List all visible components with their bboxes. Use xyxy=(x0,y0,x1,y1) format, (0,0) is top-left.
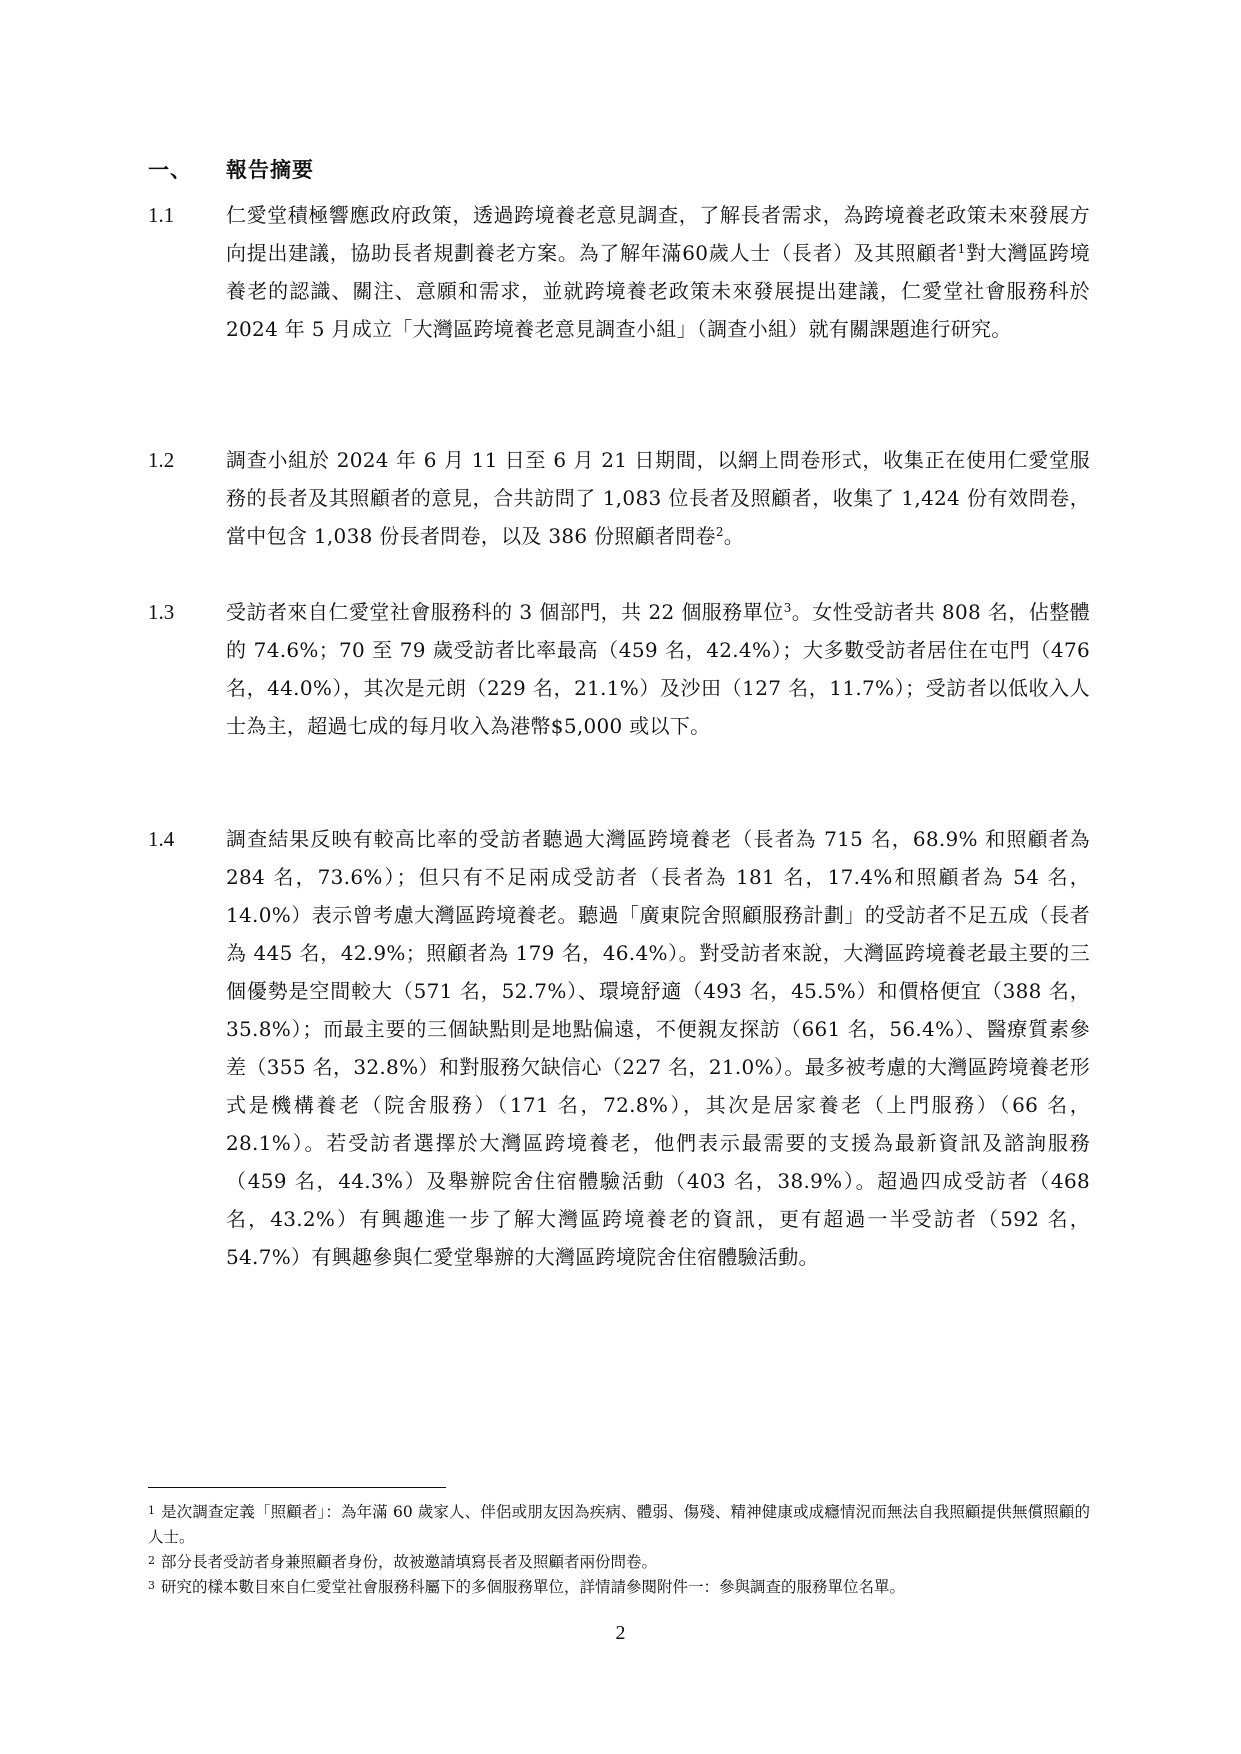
footnote-number: 3 xyxy=(148,1579,155,1592)
paragraph-label: 1.4 xyxy=(148,820,174,858)
paragraph-label: 1.1 xyxy=(148,196,174,234)
section-number: 一、 xyxy=(148,154,226,184)
document-page: 一、報告摘要 1.1 仁愛堂積極響應政府政策，透過跨境養老意見調查，了解長者需求… xyxy=(0,0,1241,1754)
section-title: 報告摘要 xyxy=(226,157,314,182)
paragraph-1-1: 1.1 仁愛堂積極響應政府政策，透過跨境養老意見調查，了解長者需求，為跨境養老政… xyxy=(148,196,1090,348)
paragraph-text: 。 xyxy=(724,524,744,548)
paragraph-text: 調查結果反映有較高比率的受訪者聽過大灣區跨境養老（長者為 715 名，68.9%… xyxy=(226,827,1090,1269)
paragraph-body: 調查小組於 2024 年 6 月 11 日至 6 月 21 日期間，以網上問卷形… xyxy=(226,441,1090,555)
footnote-2: 2部分長者受訪者身兼照顧者身份，故被邀請填寫長者及照顧者兩份問卷。 xyxy=(148,1550,1090,1575)
footnote-1: 1是次調查定義「照顧者」：為年滿 60 歲家人、伴侶或朋友因為疾病、體弱、傷殘、… xyxy=(148,1500,1090,1550)
paragraph-body: 仁愛堂積極響應政府政策，透過跨境養老意見調查，了解長者需求，為跨境養老政策未來發… xyxy=(226,196,1090,348)
footnote-text: 部分長者受訪者身兼照顧者身份，故被邀請填寫長者及照顧者兩份問卷。 xyxy=(161,1553,657,1571)
footnote-number: 1 xyxy=(148,1504,155,1517)
paragraph-label: 1.2 xyxy=(148,441,174,479)
paragraph-1-2: 1.2 調查小組於 2024 年 6 月 11 日至 6 月 21 日期間，以網… xyxy=(148,441,1090,555)
footnotes: 1是次調查定義「照顧者」：為年滿 60 歲家人、伴侶或朋友因為疾病、體弱、傷殘、… xyxy=(148,1500,1090,1600)
paragraph-text: 調查小組於 2024 年 6 月 11 日至 6 月 21 日期間，以網上問卷形… xyxy=(226,448,1090,548)
paragraph-1-3: 1.3 受訪者來自仁愛堂社會服務科的 3 個部門，共 22 個服務單位3。女性受… xyxy=(148,593,1090,745)
footnote-text: 研究的樣本數目來自仁愛堂社會服務科屬下的多個服務單位，詳情請參閱附件一：參與調查… xyxy=(161,1578,905,1596)
footnote-text: 是次調查定義「照顧者」：為年滿 60 歲家人、伴侶或朋友因為疾病、體弱、傷殘、精… xyxy=(148,1503,1090,1546)
paragraph-body: 受訪者來自仁愛堂社會服務科的 3 個部門，共 22 個服務單位3。女性受訪者共 … xyxy=(226,593,1090,745)
paragraph-body: 調查結果反映有較高比率的受訪者聽過大灣區跨境養老（長者為 715 名，68.9%… xyxy=(226,820,1090,1276)
footnote-number: 2 xyxy=(148,1554,155,1567)
footnote-3: 3研究的樣本數目來自仁愛堂社會服務科屬下的多個服務單位，詳情請參閱附件一：參與調… xyxy=(148,1575,1090,1600)
footnote-ref[interactable]: 2 xyxy=(716,525,724,539)
paragraph-label: 1.3 xyxy=(148,593,174,631)
footnote-ref[interactable]: 3 xyxy=(784,601,792,615)
footnote-ref[interactable]: 1 xyxy=(958,242,966,256)
section-heading: 一、報告摘要 xyxy=(148,154,314,184)
page-number: 2 xyxy=(0,1622,1241,1645)
paragraph-text: 受訪者來自仁愛堂社會服務科的 3 個部門，共 22 個服務單位 xyxy=(226,600,784,624)
paragraph-1-4: 1.4 調查結果反映有較高比率的受訪者聽過大灣區跨境養老（長者為 715 名，6… xyxy=(148,820,1090,1276)
footnote-divider xyxy=(148,1487,446,1488)
